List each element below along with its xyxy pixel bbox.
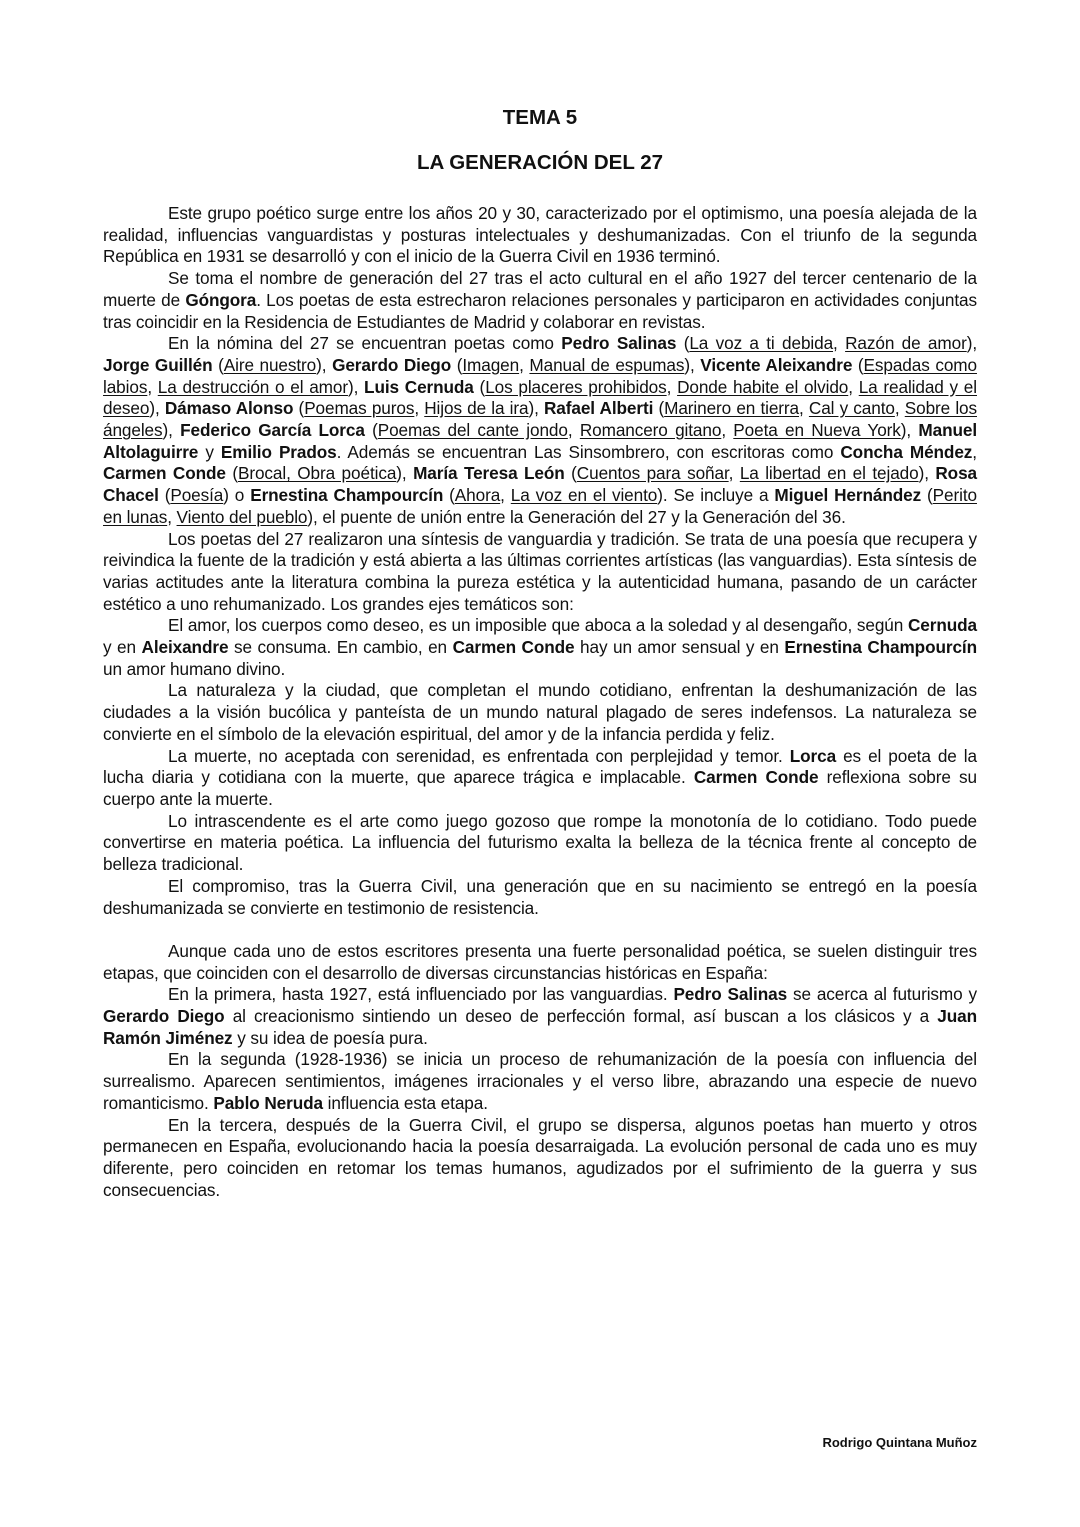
paragraph-synthesis: Los poetas del 27 realizaron una síntesi… (103, 529, 977, 616)
bold-name: Góngora (185, 290, 256, 310)
paragraph-name-origin: Se toma el nombre de generación del 27 t… (103, 268, 977, 333)
bold-name: Vicente Aleixandre (700, 355, 852, 375)
work-title: La voz en el viento (511, 485, 657, 505)
work-title: Razón de amor (845, 333, 967, 353)
text-run: y (198, 442, 221, 462)
text-run: hay un amor sensual y en (575, 637, 785, 657)
bold-name: Carmen Conde (103, 463, 226, 483)
document-body: Este grupo poético surge entre los años … (103, 203, 977, 1201)
bold-name: Concha Méndez (840, 442, 972, 462)
paragraph-theme-nature: La naturaleza y la ciudad, que completan… (103, 680, 977, 745)
text-run: , (500, 485, 511, 505)
text-run: , (799, 398, 809, 418)
bold-name: Federico García Lorca (180, 420, 365, 440)
work-title: Aire nuestro (224, 355, 316, 375)
text-run: ( (365, 420, 378, 440)
text-run: se acerca al futurismo y (787, 984, 977, 1004)
bold-name: Jorge Guillén (103, 355, 212, 375)
work-title: La voz a ti debida (689, 333, 833, 353)
text-run: Aunque cada uno de estos escritores pres… (103, 941, 977, 983)
text-run: En la primera, hasta 1927, está influenc… (168, 984, 673, 1004)
paragraph-stages-intro: Aunque cada uno de estos escritores pres… (103, 941, 977, 984)
bold-name: Ernestina Champourcín (250, 485, 443, 505)
text-run: En la nómina del 27 se encuentran poetas… (168, 333, 561, 353)
footer-author: Rodrigo Quintana Muñoz (822, 1435, 977, 1450)
work-title: Los placeres prohibidos (485, 377, 666, 397)
text-run: Lo intrascendente es el arte como juego … (103, 811, 977, 874)
text-run: ( (451, 355, 462, 375)
text-run: ), (919, 463, 936, 483)
text-run: ( (653, 398, 664, 418)
topic-heading: TEMA 5 (0, 106, 1080, 130)
bold-name: Ernestina Champourcín (784, 637, 977, 657)
bold-name: Emilio Prados (221, 442, 337, 462)
work-title: Romancero gitano (580, 420, 721, 440)
text-run: , (568, 420, 580, 440)
text-run: ), (348, 377, 364, 397)
bold-name: Lorca (790, 746, 836, 766)
bold-name: Aleixandre (142, 637, 229, 657)
work-title: Cal y canto (809, 398, 895, 418)
bold-name: Rafael Alberti (544, 398, 653, 418)
work-title: Viento del pueblo (177, 507, 308, 527)
text-run: ( (474, 377, 485, 397)
text-run: ). Se incluye a (657, 485, 774, 505)
text-run: En la tercera, después de la Guerra Civi… (103, 1115, 977, 1200)
text-run: ) o (223, 485, 250, 505)
paragraph-theme-death: La muerte, no aceptada con serenidad, es… (103, 746, 977, 811)
paragraph-stage-first: En la primera, hasta 1927, está influenc… (103, 984, 977, 1049)
text-run: ), (396, 463, 413, 483)
bold-name: Gerardo Diego (103, 1006, 225, 1026)
document-page: TEMA 5 LA GENERACIÓN DEL 27 Este grupo p… (0, 0, 1080, 1527)
bold-name: Pablo Neruda (213, 1093, 323, 1113)
bold-name: Pedro Salinas (561, 333, 676, 353)
text-run: El compromiso, tras la Guerra Civil, una… (103, 876, 977, 918)
text-run: influencia esta etapa. (323, 1093, 488, 1113)
work-title: Poemas del cante jondo (378, 420, 568, 440)
page-title: LA GENERACIÓN DEL 27 (0, 151, 1080, 175)
text-run: Los poetas del 27 realizaron una síntesi… (103, 529, 977, 614)
text-run: ( (293, 398, 304, 418)
text-run: ), (149, 398, 165, 418)
text-run: ), (967, 333, 977, 353)
text-run: al creacionismo sintiendo un deseo de pe… (225, 1006, 938, 1026)
bold-name: María Teresa León (413, 463, 565, 483)
work-title: Hijos de la ira (424, 398, 528, 418)
text-run: Este grupo poético surge entre los años … (103, 203, 977, 266)
paragraph-stage-third: En la tercera, después de la Guerra Civi… (103, 1115, 977, 1202)
text-run: ), (316, 355, 332, 375)
work-title: Donde habite el olvido (677, 377, 848, 397)
text-run: y su idea de poesía pura. (233, 1028, 428, 1048)
text-run: , (519, 355, 529, 375)
paragraph-intro: Este grupo poético surge entre los años … (103, 203, 977, 268)
bold-name: Carmen Conde (453, 637, 575, 657)
text-run: ), (901, 420, 919, 440)
paragraph-poets-list: En la nómina del 27 se encuentran poetas… (103, 333, 977, 528)
bold-name: Miguel Hernández (774, 485, 921, 505)
text-run: . Además se encuentran Las Sinsombrero, … (337, 442, 841, 462)
text-run: , (147, 377, 157, 397)
text-run: y en (103, 637, 142, 657)
text-run: ( (226, 463, 238, 483)
paragraph-theme-art: Lo intrascendente es el arte como juego … (103, 811, 977, 876)
bold-name: Pedro Salinas (673, 984, 787, 1004)
work-title: Cuentos para soñar (577, 463, 729, 483)
text-run: El amor, los cuerpos como deseo, es un i… (168, 615, 908, 635)
text-run: , (721, 420, 733, 440)
work-title: Poeta en Nueva York (733, 420, 900, 440)
bold-name: Luis Cernuda (364, 377, 474, 397)
work-title: Poemas puros (304, 398, 414, 418)
work-title: Marinero en tierra (664, 398, 799, 418)
text-run: , (895, 398, 905, 418)
text-run: , (848, 377, 858, 397)
bold-name: Cernuda (908, 615, 977, 635)
work-title: La destrucción o el amor (158, 377, 348, 397)
text-run: , (167, 507, 176, 527)
text-run: ( (159, 485, 171, 505)
work-title: La libertad en el tejado (740, 463, 919, 483)
text-run: , (972, 442, 977, 462)
paragraph-theme-commitment: El compromiso, tras la Guerra Civil, una… (103, 876, 977, 919)
text-run: un amor humano divino. (103, 659, 285, 679)
text-run: se consuma. En cambio, en (228, 637, 452, 657)
text-run: ), (163, 420, 181, 440)
text-run: ( (212, 355, 223, 375)
work-title: Poesía (170, 485, 223, 505)
text-run: ( (676, 333, 689, 353)
text-run: , (833, 333, 845, 353)
bold-name: Carmen Conde (694, 767, 819, 787)
text-run: ( (565, 463, 577, 483)
text-run: , (667, 377, 677, 397)
text-run: , (414, 398, 424, 418)
text-run: ), (528, 398, 544, 418)
text-run: ( (852, 355, 863, 375)
work-title: Ahora (455, 485, 500, 505)
paragraph-stage-second: En la segunda (1928-1936) se inicia un p… (103, 1049, 977, 1114)
text-run: ( (921, 485, 933, 505)
text-run: La muerte, no aceptada con serenidad, es… (168, 746, 790, 766)
work-title: Manual de espumas (529, 355, 684, 375)
text-run: ), (684, 355, 700, 375)
work-title: Imagen (462, 355, 519, 375)
text-run: La naturaleza y la ciudad, que completan… (103, 680, 977, 743)
work-title: Brocal, Obra poética (238, 463, 396, 483)
text-run: ), el puente de unión entre la Generació… (307, 507, 845, 527)
bold-name: Dámaso Alonso (165, 398, 293, 418)
bold-name: Gerardo Diego (332, 355, 451, 375)
paragraph-theme-love: El amor, los cuerpos como deseo, es un i… (103, 615, 977, 680)
text-run: ( (443, 485, 455, 505)
text-run: , (729, 463, 740, 483)
